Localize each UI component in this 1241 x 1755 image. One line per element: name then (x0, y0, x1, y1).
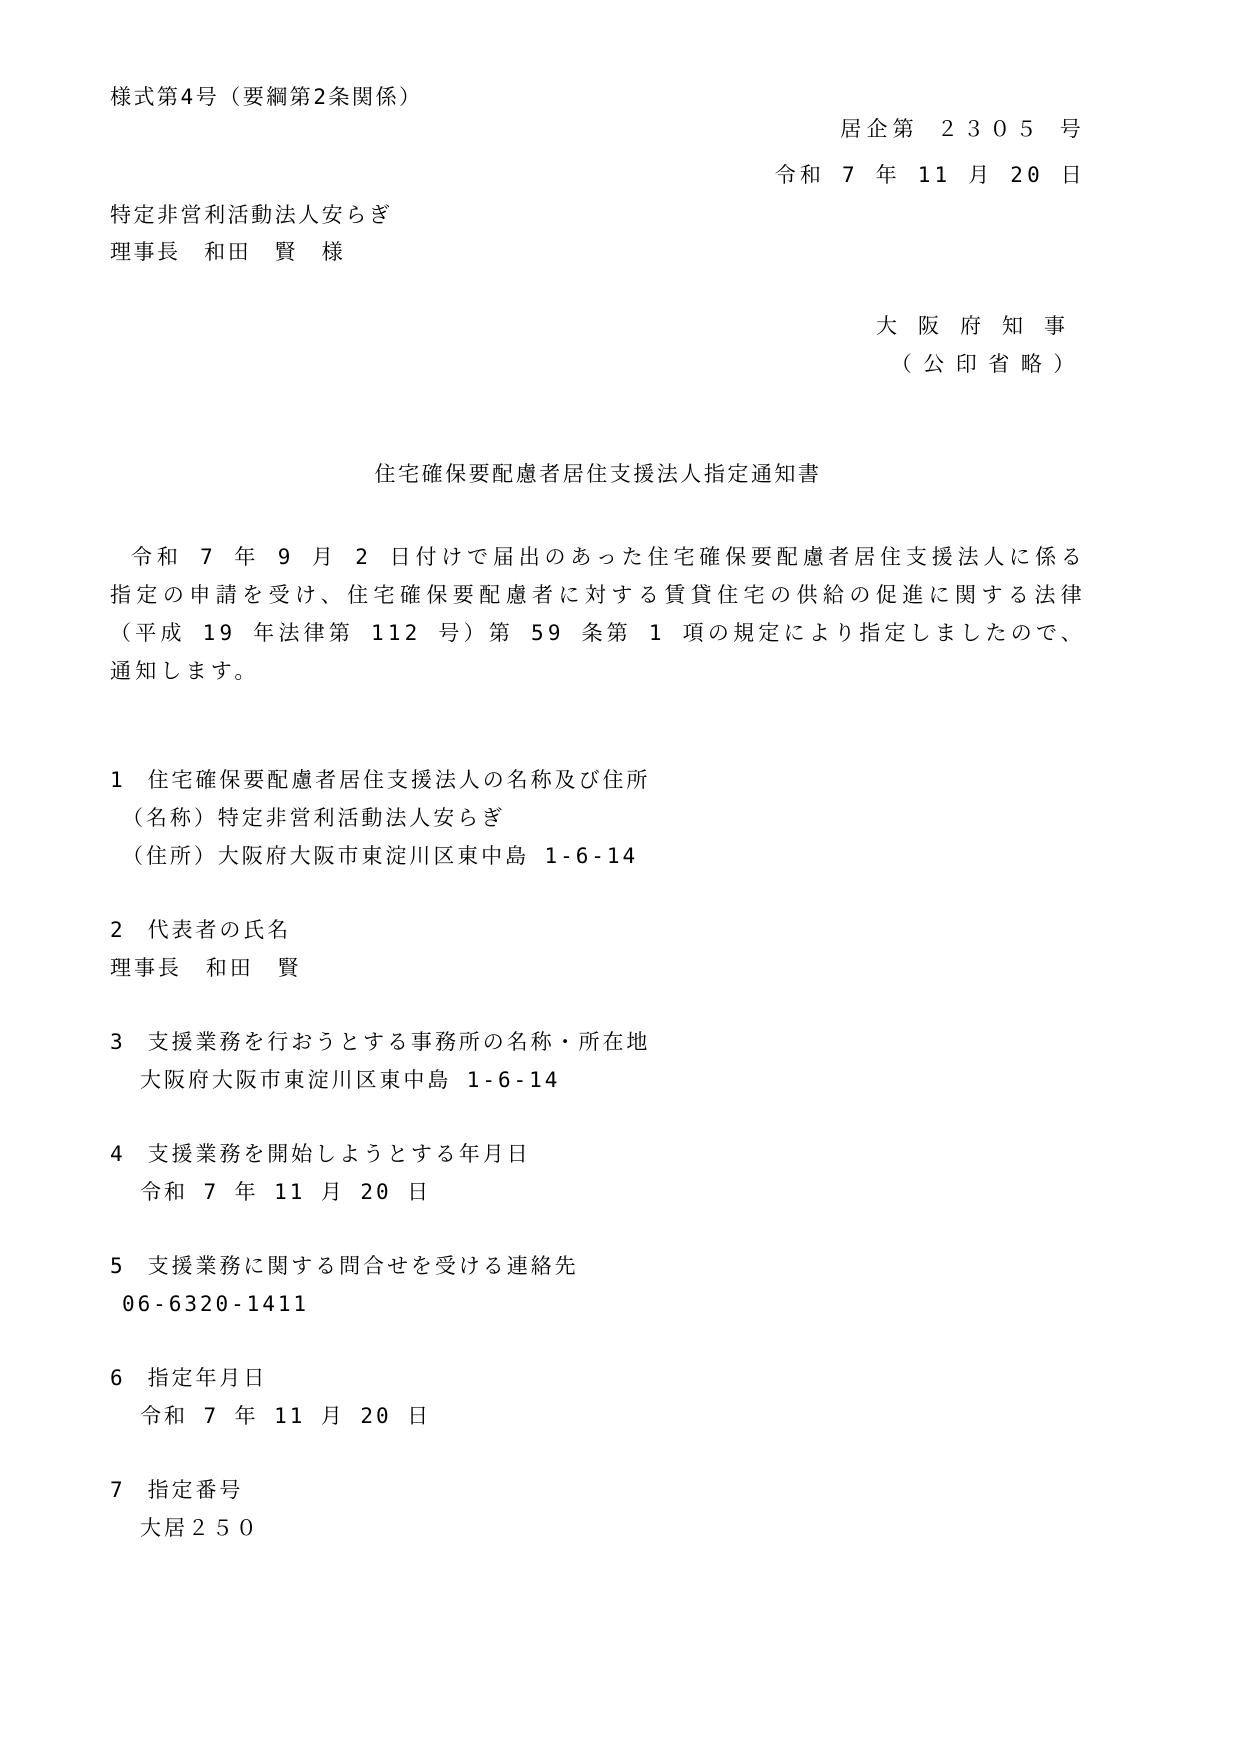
item-number: 2 (110, 918, 126, 942)
item-number: 4 (110, 1142, 126, 1166)
item-heading: 支援業務に関する問合せを受ける連絡先 (148, 1254, 579, 1278)
item-heading: 指定番号 (148, 1478, 244, 1502)
item-4: 4支援業務を開始しようとする年月日 令和 7 年 11 月 20 日 (110, 1142, 1086, 1204)
item-value: 理事長 和田 賢 (110, 956, 1086, 980)
item-heading: 代表者の氏名 (148, 918, 292, 942)
item-heading-row: 3支援業務を行おうとする事務所の名称・所在地 (110, 1030, 1086, 1054)
item-heading-row: 2代表者の氏名 (110, 918, 1086, 942)
body-paragraph: 令和 7 年 9 月 2 日付けで届出のあった住宅確保要配慮者居住支援法人に係る… (110, 538, 1086, 690)
item-value: （名称）特定非営利活動法人安らぎ (110, 806, 1086, 830)
item-value: 令和 7 年 11 月 20 日 (110, 1180, 1086, 1204)
item-heading: 指定年月日 (148, 1366, 268, 1390)
item-value: 令和 7 年 11 月 20 日 (110, 1404, 1086, 1428)
item-number: 7 (110, 1478, 126, 1502)
sender-governor: 大阪府知事 (110, 314, 1086, 338)
item-heading-row: 4支援業務を開始しようとする年月日 (110, 1142, 1086, 1166)
item-value: 06-6320-1411 (110, 1292, 1086, 1316)
item-heading-row: 1住宅確保要配慮者居住支援法人の名称及び住所 (110, 768, 1086, 792)
item-number: 5 (110, 1254, 126, 1278)
seal-omission-note: （公印省略） (110, 352, 1086, 376)
item-heading-row: 7指定番号 (110, 1478, 1086, 1502)
issue-date: 令和 7 年 11 月 20 日 (110, 163, 1086, 187)
item-heading: 住宅確保要配慮者居住支援法人の名称及び住所 (148, 768, 651, 792)
item-6: 6指定年月日 令和 7 年 11 月 20 日 (110, 1366, 1086, 1428)
item-heading: 支援業務を行おうとする事務所の名称・所在地 (148, 1030, 651, 1054)
document-title: 住宅確保要配慮者居住支援法人指定通知書 (110, 462, 1086, 486)
recipient-representative: 理事長 和田 賢 様 (110, 240, 1086, 264)
item-2: 2代表者の氏名 理事長 和田 賢 (110, 918, 1086, 980)
item-heading: 支援業務を開始しようとする年月日 (148, 1142, 531, 1166)
item-5: 5支援業務に関する問合せを受ける連絡先 06-6320-1411 (110, 1254, 1086, 1316)
recipient-organization: 特定非営利活動法人安らぎ (110, 203, 1086, 227)
item-3: 3支援業務を行おうとする事務所の名称・所在地 大阪府大阪市東淀川区東中島 1-6… (110, 1030, 1086, 1092)
item-number: 1 (110, 768, 126, 792)
item-number: 6 (110, 1366, 126, 1390)
item-1: 1住宅確保要配慮者居住支援法人の名称及び住所 （名称）特定非営利活動法人安らぎ … (110, 768, 1086, 868)
item-heading-row: 6指定年月日 (110, 1366, 1086, 1390)
document-number: 居企第 ２３０５ 号 (110, 117, 1086, 141)
notice-items: 1住宅確保要配慮者居住支援法人の名称及び住所 （名称）特定非営利活動法人安らぎ … (110, 768, 1086, 1540)
item-7: 7指定番号 大居２５０ (110, 1478, 1086, 1540)
item-heading-row: 5支援業務に関する問合せを受ける連絡先 (110, 1254, 1086, 1278)
document-page: 様式第4号（要綱第2条関係） 居企第 ２３０５ 号 令和 7 年 11 月 20… (0, 0, 1241, 1755)
item-value: （住所）大阪府大阪市東淀川区東中島 1-6-14 (110, 844, 1086, 868)
item-number: 3 (110, 1030, 126, 1054)
item-value: 大居２５０ (110, 1516, 1086, 1540)
form-number-label: 様式第4号（要綱第2条関係） (110, 85, 1086, 109)
item-value: 大阪府大阪市東淀川区東中島 1-6-14 (110, 1068, 1086, 1092)
